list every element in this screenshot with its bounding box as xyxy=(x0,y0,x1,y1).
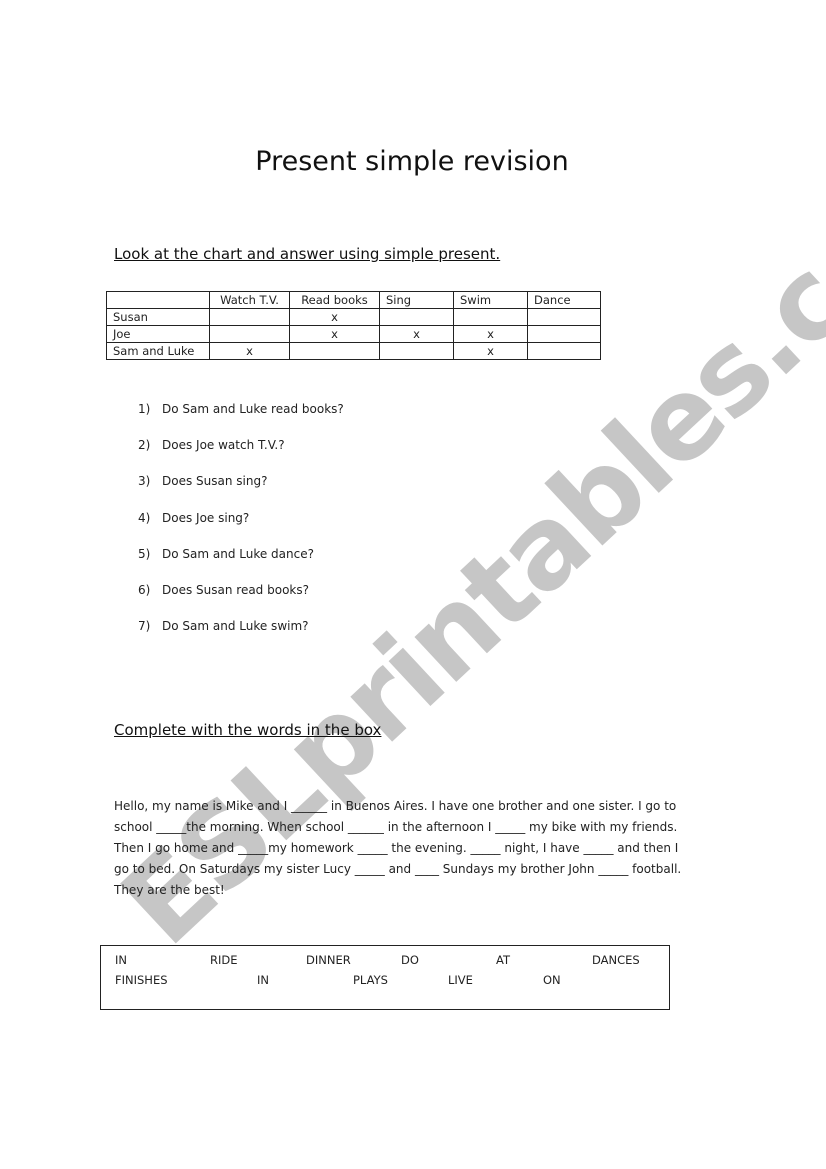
passage-line: go to bed. On Saturdays my sister Lucy _… xyxy=(114,859,714,880)
section-heading-chart: Look at the chart and answer using simpl… xyxy=(114,245,500,263)
question-number: 3) xyxy=(138,474,162,510)
chart-cell xyxy=(528,309,601,326)
question-item: 6)Does Susan read books? xyxy=(138,583,344,619)
chart-header-row: Watch T.V. Read books Sing Swim Dance xyxy=(107,292,601,309)
passage-line: school _____the morning. When school ___… xyxy=(114,817,714,838)
chart-row: Joe x x x xyxy=(107,326,601,343)
question-number: 5) xyxy=(138,547,162,583)
word-item: FINISHES xyxy=(115,973,168,987)
word-box: IN RIDE DINNER DO AT DANCES FINISHES IN … xyxy=(100,945,670,1010)
word-item: DO xyxy=(401,953,419,967)
chart-cell: x xyxy=(290,309,380,326)
chart-header-cell: Sing xyxy=(380,292,454,309)
question-text: Does Joe watch T.V.? xyxy=(162,438,285,474)
chart-cell xyxy=(454,309,528,326)
chart-header-cell: Dance xyxy=(528,292,601,309)
word-item: LIVE xyxy=(448,973,473,987)
word-item: RIDE xyxy=(210,953,238,967)
passage-line: Then I go home and _____my homework ____… xyxy=(114,838,714,859)
chart-header-cell: Swim xyxy=(454,292,528,309)
chart-header-cell: Watch T.V. xyxy=(210,292,290,309)
question-text: Do Sam and Luke read books? xyxy=(162,402,344,438)
chart-row: Sam and Luke x x xyxy=(107,343,601,360)
question-number: 4) xyxy=(138,511,162,547)
question-item: 4)Does Joe sing? xyxy=(138,511,344,547)
question-item: 5)Do Sam and Luke dance? xyxy=(138,547,344,583)
chart-cell: x xyxy=(380,326,454,343)
cloze-passage: Hello, my name is Mike and I ______ in B… xyxy=(114,796,714,901)
question-item: 1)Do Sam and Luke read books? xyxy=(138,402,344,438)
question-text: Does Susan sing? xyxy=(162,474,267,510)
chart-cell xyxy=(380,309,454,326)
chart-cell: x xyxy=(454,326,528,343)
question-item: 7)Do Sam and Luke swim? xyxy=(138,619,344,655)
chart-cell xyxy=(380,343,454,360)
question-text: Do Sam and Luke swim? xyxy=(162,619,309,655)
question-number: 6) xyxy=(138,583,162,619)
word-item: AT xyxy=(496,953,510,967)
word-item: PLAYS xyxy=(353,973,388,987)
question-text: Does Susan read books? xyxy=(162,583,309,619)
chart-row-name: Joe xyxy=(107,326,210,343)
chart-cell xyxy=(528,343,601,360)
word-item: DANCES xyxy=(592,953,640,967)
chart-cell xyxy=(210,326,290,343)
question-number: 1) xyxy=(138,402,162,438)
chart-cell xyxy=(528,326,601,343)
chart-cell xyxy=(290,343,380,360)
chart-header-cell xyxy=(107,292,210,309)
chart-header-cell: Read books xyxy=(290,292,380,309)
passage-line: Hello, my name is Mike and I ______ in B… xyxy=(114,796,714,817)
word-item: IN xyxy=(257,973,269,987)
chart-row-name: Sam and Luke xyxy=(107,343,210,360)
question-item: 2)Does Joe watch T.V.? xyxy=(138,438,344,474)
chart-cell: x xyxy=(210,343,290,360)
chart-cell: x xyxy=(454,343,528,360)
section-heading-complete: Complete with the words in the box xyxy=(114,721,381,739)
chart-row: Susan x xyxy=(107,309,601,326)
question-list: 1)Do Sam and Luke read books? 2)Does Joe… xyxy=(138,402,344,655)
question-text: Does Joe sing? xyxy=(162,511,249,547)
chart-cell: x xyxy=(290,326,380,343)
chart-row-name: Susan xyxy=(107,309,210,326)
passage-line: They are the best! xyxy=(114,880,714,901)
question-number: 2) xyxy=(138,438,162,474)
activity-chart: Watch T.V. Read books Sing Swim Dance Su… xyxy=(106,291,601,360)
question-text: Do Sam and Luke dance? xyxy=(162,547,314,583)
word-item: DINNER xyxy=(306,953,351,967)
chart-cell xyxy=(210,309,290,326)
question-number: 7) xyxy=(138,619,162,655)
worksheet-page: ESLprintables.com Present simple revisio… xyxy=(0,0,826,1169)
question-item: 3)Does Susan sing? xyxy=(138,474,344,510)
word-item: ON xyxy=(543,973,561,987)
word-item: IN xyxy=(115,953,127,967)
page-title-text: Present simple revision xyxy=(255,146,568,177)
page-title: Present simple revision xyxy=(0,146,826,177)
